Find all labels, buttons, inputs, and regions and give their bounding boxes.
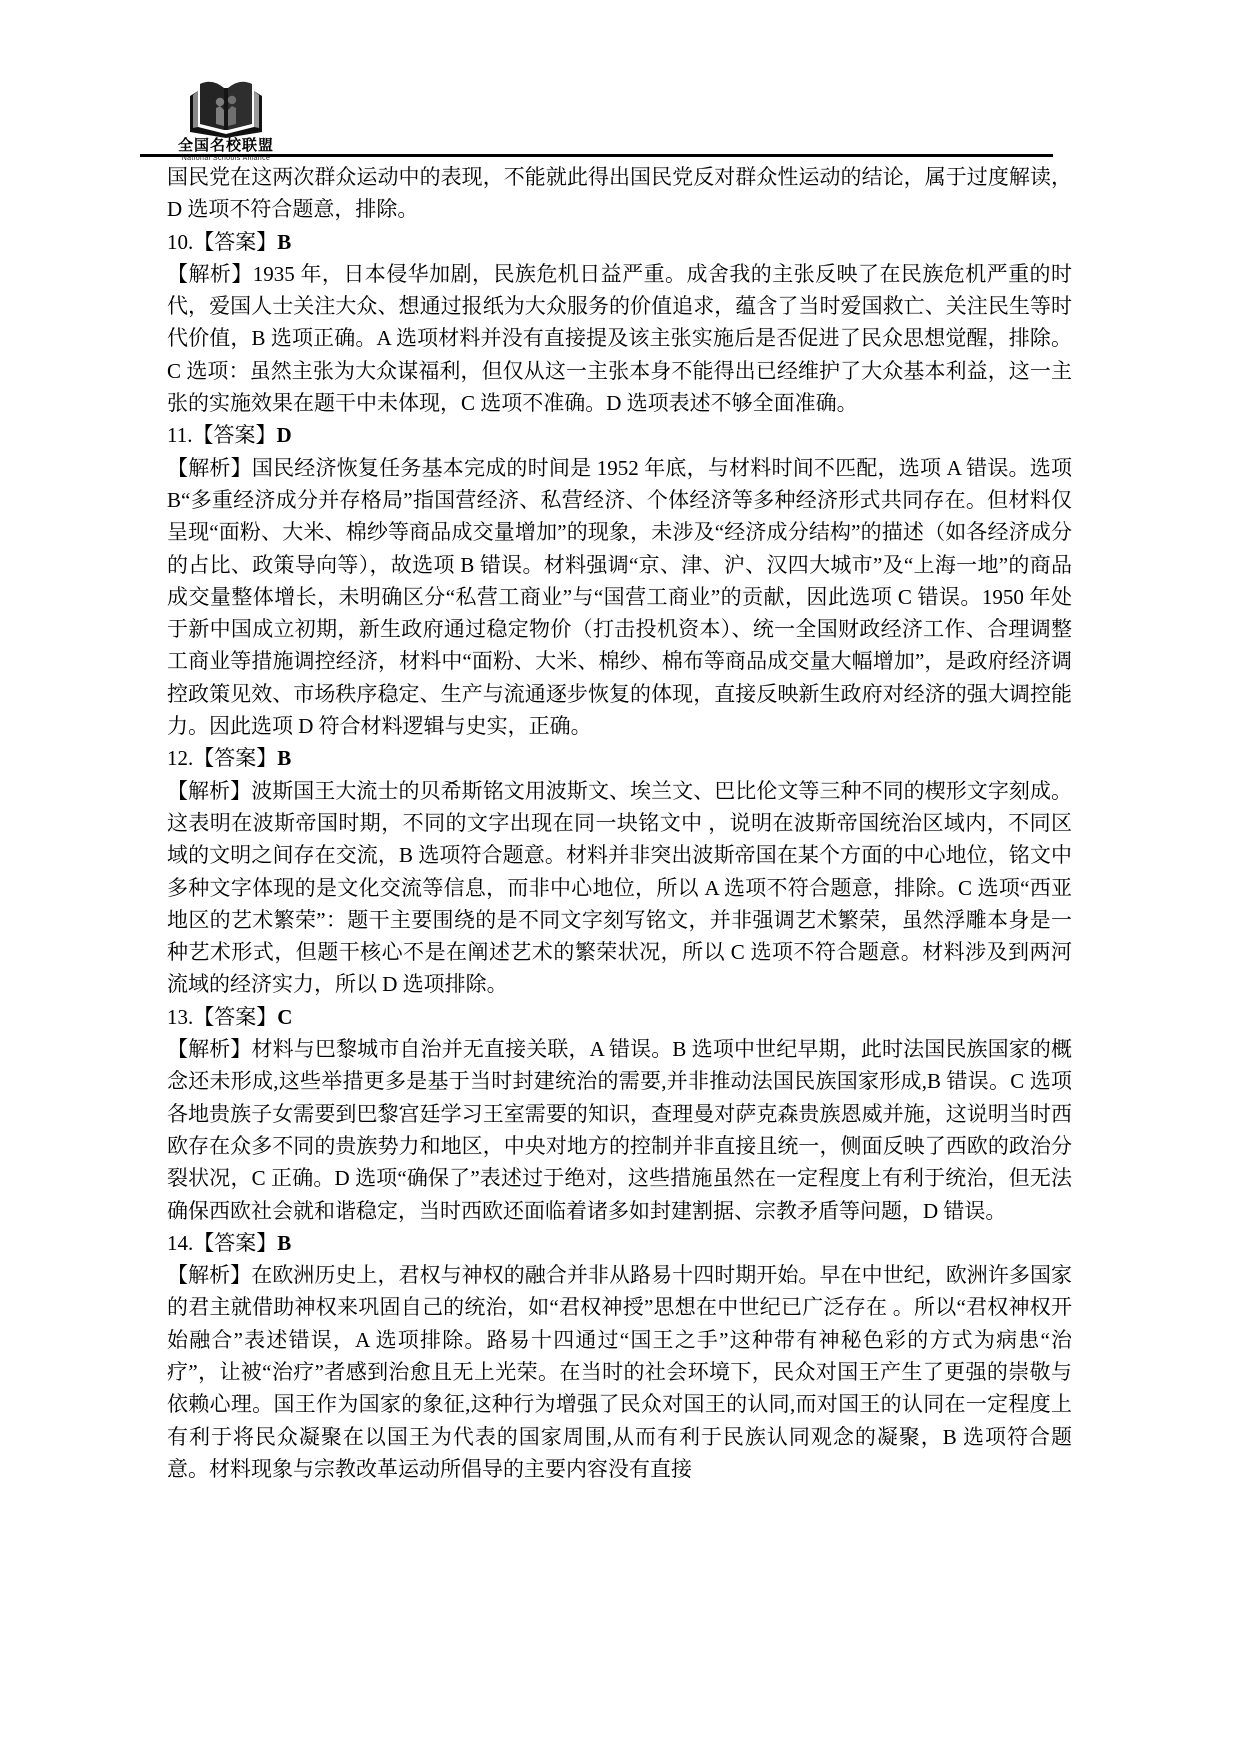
header-divider: [140, 154, 1053, 157]
answer-label: 【答案】: [193, 746, 277, 770]
answer-heading: 10.【答案】B: [167, 226, 1072, 258]
answer-letter: B: [277, 746, 291, 770]
analysis-paragraph: 【解析】国民经济恢复任务基本完成的时间是 1952 年底，与材料时间不匹配，选项…: [167, 452, 1072, 743]
analysis-paragraph: 【解析】1935 年，日本侵华加剧，民族危机日益严重。成舍我的主张反映了在民族危…: [167, 258, 1072, 419]
answer-letter: B: [277, 230, 291, 254]
question-number: 12.: [167, 746, 193, 770]
question-number: 14.: [167, 1231, 193, 1255]
answer-section-13: 13.【答案】C 【解析】材料与巴黎城市自治并无直接关联，A 错误。B 选项中世…: [167, 1001, 1072, 1227]
answer-label: 【答案】: [193, 1005, 277, 1029]
answer-heading: 12.【答案】B: [167, 742, 1072, 774]
answer-label: 【答案】: [192, 423, 276, 447]
question-number: 10.: [167, 230, 193, 254]
answer-letter: B: [277, 1231, 291, 1255]
logo: 全国名校联盟 National Schools Alliance: [178, 80, 274, 163]
answer-heading: 11.【答案】D: [167, 419, 1072, 451]
document-page: 全国名校联盟 National Schools Alliance 国民党在这两次…: [0, 0, 1241, 1754]
logo-title: 全国名校联盟: [178, 138, 274, 154]
answer-label: 【答案】: [193, 1231, 277, 1255]
analysis-paragraph: 【解析】波斯国王大流士的贝希斯铭文用波斯文、埃兰文、巴比伦文等三种不同的楔形文字…: [167, 775, 1072, 1001]
analysis-paragraph: 【解析】材料与巴黎城市自治并无直接关联，A 错误。B 选项中世纪早期，此时法国民…: [167, 1033, 1072, 1227]
answer-section-11: 11.【答案】D 【解析】国民经济恢复任务基本完成的时间是 1952 年底，与材…: [167, 419, 1072, 742]
analysis-paragraph: 【解析】在欧洲历史上，君权与神权的融合并非从路易十四时期开始。早在中世纪，欧洲许…: [167, 1259, 1072, 1485]
answer-section-14: 14.【答案】B 【解析】在欧洲历史上，君权与神权的融合并非从路易十四时期开始。…: [167, 1227, 1072, 1485]
open-book-icon: [188, 80, 264, 138]
question-number: 11.: [167, 423, 192, 447]
answer-letter: D: [276, 423, 291, 447]
answer-section-10: 10.【答案】B 【解析】1935 年，日本侵华加剧，民族危机日益严重。成舍我的…: [167, 226, 1072, 420]
question-number: 13.: [167, 1005, 193, 1029]
answer-key-content: 国民党在这两次群众运动中的表现，不能就此得出国民党反对群众性运动的结论，属于过度…: [167, 161, 1072, 1485]
answer-letter: C: [277, 1005, 292, 1029]
answer-heading: 13.【答案】C: [167, 1001, 1072, 1033]
intro-paragraph: 国民党在这两次群众运动中的表现，不能就此得出国民党反对群众性运动的结论，属于过度…: [167, 161, 1072, 226]
answer-section-12: 12.【答案】B 【解析】波斯国王大流士的贝希斯铭文用波斯文、埃兰文、巴比伦文等…: [167, 742, 1072, 1000]
answer-label: 【答案】: [193, 230, 277, 254]
answer-heading: 14.【答案】B: [167, 1227, 1072, 1259]
